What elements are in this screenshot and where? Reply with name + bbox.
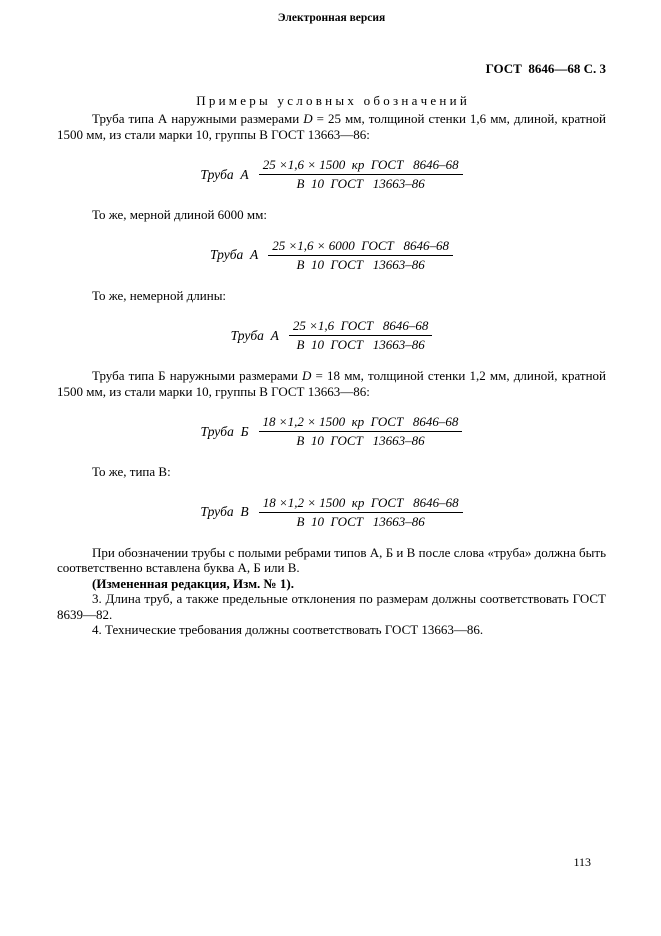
- variable-d: D: [302, 368, 311, 383]
- formula-label: Труба А: [210, 247, 258, 263]
- page-content: Электронная версия ГОСТ 8646—68 С. 3 П р…: [0, 0, 661, 638]
- section-heading: П р и м е р ы у с л о в н ы х о б о з н …: [57, 93, 606, 109]
- paragraph-same-unmeasured: То же, немерной длины:: [57, 288, 606, 304]
- formula-tube-a-measured-length: Труба А 25 ×1,6 × 6000 ГОСТ 8646–68 В 10…: [57, 238, 606, 273]
- formula-numerator: 18 ×1,2 × 1500 кр ГОСТ 8646–68: [259, 495, 463, 513]
- formula-fraction: 18 ×1,2 × 1500 кр ГОСТ 8646–68 В 10 ГОСТ…: [259, 495, 463, 530]
- formula-tube-a-multiple-length: Труба А 25 ×1,6 × 1500 кр ГОСТ 8646–68 В…: [57, 157, 606, 192]
- formula-label: Труба В: [200, 504, 248, 520]
- paragraph-item-3: 3. Длина труб, а также предельные отклон…: [57, 591, 606, 622]
- formula-tube-a-unmeasured-length: Труба А 25 ×1,6 ГОСТ 8646–68 В 10 ГОСТ 1…: [57, 318, 606, 353]
- formula-denominator: В 10 ГОСТ 13663–86: [259, 513, 463, 530]
- formula-numerator: 25 ×1,6 ГОСТ 8646–68: [289, 318, 433, 336]
- formula-tube-v-multiple-length: Труба В 18 ×1,2 × 1500 кр ГОСТ 8646–68 В…: [57, 495, 606, 530]
- formula-denominator: В 10 ГОСТ 13663–86: [259, 175, 463, 192]
- paragraph-tube-a: Труба типа А наружными размерами D = 25 …: [57, 111, 606, 142]
- formula-label: Труба Б: [201, 424, 249, 440]
- paragraph-item-4: 4. Технические требования должны соответ…: [57, 622, 606, 638]
- document-page: Электронная версия ГОСТ 8646—68 С. 3 П р…: [0, 0, 661, 936]
- formula-numerator: 18 ×1,2 × 1500 кр ГОСТ 8646–68: [259, 414, 463, 432]
- watermark-text: Электронная версия: [57, 12, 606, 24]
- paragraph-note: При обозначении трубы с полыми ребрами т…: [57, 545, 606, 576]
- page-number: 113: [573, 855, 591, 870]
- formula-tube-b-multiple-length: Труба Б 18 ×1,2 × 1500 кр ГОСТ 8646–68 В…: [57, 414, 606, 449]
- formula-numerator: 25 ×1,6 × 1500 кр ГОСТ 8646–68: [259, 157, 463, 175]
- formula-denominator: В 10 ГОСТ 13663–86: [289, 336, 433, 353]
- formula-fraction: 25 ×1,6 × 6000 ГОСТ 8646–68 В 10 ГОСТ 13…: [268, 238, 453, 273]
- formula-label: Труба А: [231, 328, 279, 344]
- formula-label: Труба А: [200, 167, 248, 183]
- formula-denominator: В 10 ГОСТ 13663–86: [268, 256, 453, 273]
- formula-fraction: 25 ×1,6 × 1500 кр ГОСТ 8646–68 В 10 ГОСТ…: [259, 157, 463, 192]
- formula-numerator: 25 ×1,6 × 6000 ГОСТ 8646–68: [268, 238, 453, 256]
- formula-denominator: В 10 ГОСТ 13663–86: [259, 432, 463, 449]
- formula-fraction: 18 ×1,2 × 1500 кр ГОСТ 8646–68 В 10 ГОСТ…: [259, 414, 463, 449]
- paragraph-text: Труба типа А наружными размерами: [92, 111, 303, 126]
- variable-d: D: [303, 111, 312, 126]
- paragraph-revision: (Измененная редакция, Изм. № 1).: [57, 576, 606, 592]
- paragraph-tube-b: Труба типа Б наружными размерами D = 18 …: [57, 368, 606, 399]
- paragraph-text: Труба типа Б наружными размерами: [92, 368, 302, 383]
- paragraph-same-type-v: То же, типа В:: [57, 464, 606, 480]
- formula-fraction: 25 ×1,6 ГОСТ 8646–68 В 10 ГОСТ 13663–86: [289, 318, 433, 353]
- document-reference: ГОСТ 8646—68 С. 3: [57, 61, 606, 77]
- paragraph-same-measured: То же, мерной длиной 6000 мм:: [57, 207, 606, 223]
